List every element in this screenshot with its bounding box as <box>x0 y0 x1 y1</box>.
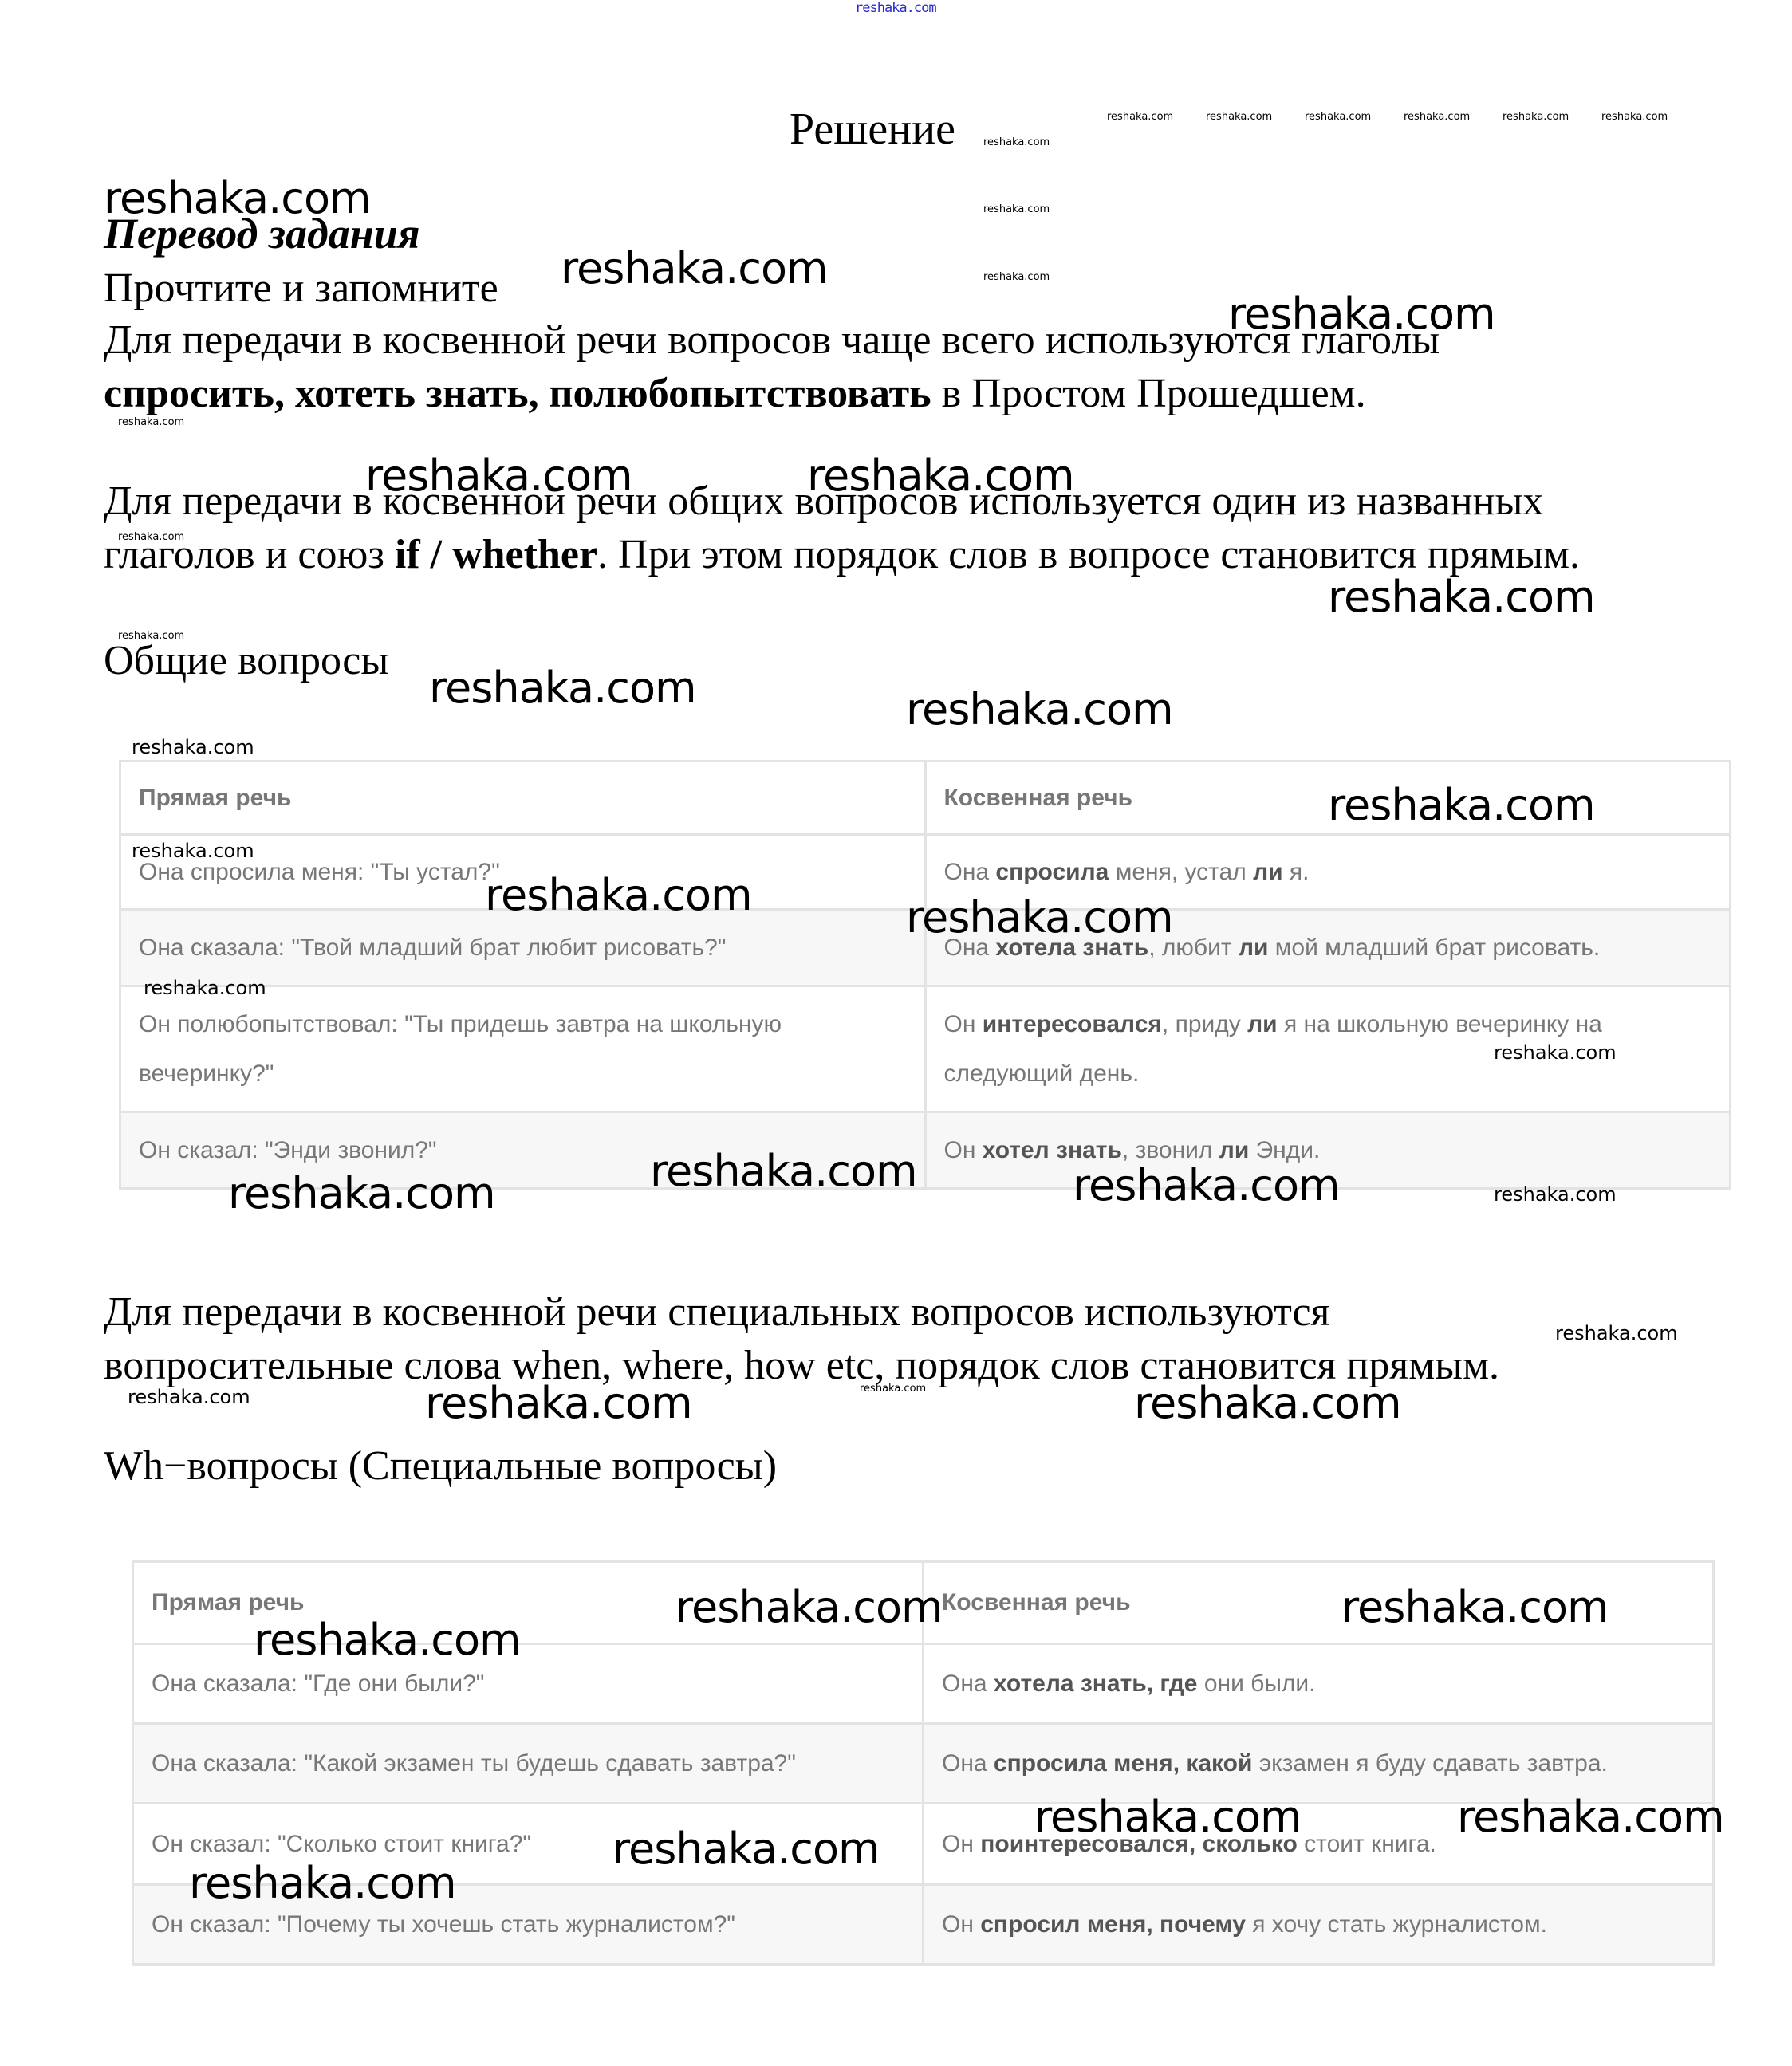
cell-direct-speech: Он полюбопытствовал: "Ты придешь завтра … <box>120 986 926 1112</box>
general-questions-heading: Общие вопросы <box>104 634 1659 687</box>
page-title: Решение <box>790 104 955 155</box>
watermark-text: reshaka.com <box>365 455 632 498</box>
emphasis-text: ли <box>1219 1137 1250 1163</box>
watermark-text: reshaka.com <box>144 978 266 998</box>
emphasis-text: ли <box>1247 1011 1278 1037</box>
paragraph-special: Для передачи в косвенной речи специальны… <box>104 1285 1539 1392</box>
plain-text: Он <box>942 1831 980 1857</box>
emphasis-text: хотела знать, где <box>994 1671 1198 1697</box>
site-mark[interactable]: reshaka.com <box>855 2 936 15</box>
watermark-text: reshaka.com <box>1328 784 1595 827</box>
watermark-text: reshaka.com <box>1228 293 1495 336</box>
watermark-text: reshaka.com <box>1034 1796 1302 1839</box>
emphasis-text: ли <box>1253 859 1283 885</box>
watermark-text: reshaka.com <box>1073 1164 1340 1207</box>
cell-direct-speech: Она сказала: "Какой экзамен ты будешь сд… <box>133 1724 924 1804</box>
watermark-text: reshaka.com <box>104 177 371 220</box>
watermark-text: reshaka.com <box>1107 112 1173 122</box>
cell-direct-speech: Она сказала: "Где они были?" <box>133 1644 924 1724</box>
watermark-text: reshaka.com <box>612 1828 880 1871</box>
watermark-text: reshaka.com <box>983 204 1050 214</box>
watermark-text: reshaka.com <box>228 1172 495 1215</box>
plain-text: , приду <box>1162 1011 1247 1037</box>
watermark-text: reshaka.com <box>132 841 254 860</box>
emphasis-text: интересовался <box>983 1011 1162 1037</box>
plain-text: Энди. <box>1249 1137 1320 1163</box>
watermark-text: reshaka.com <box>1305 112 1371 122</box>
watermark-text: reshaka.com <box>906 896 1173 939</box>
watermark-text: reshaka.com <box>983 272 1050 282</box>
watermark-text: reshaka.com <box>254 1619 521 1662</box>
paragraph-bold: if / whether <box>395 532 597 577</box>
plain-text: Она <box>942 1750 994 1777</box>
table-row: Он полюбопытствовал: "Ты придешь завтра … <box>120 986 1731 1112</box>
wh-questions-heading: Wh−вопросы (Специальные вопросы) <box>104 1439 1659 1493</box>
emphasis-text: спросил меня, почему <box>980 1911 1246 1938</box>
plain-text: экзамен я буду сдавать завтра. <box>1252 1750 1607 1777</box>
watermark-text: reshaka.com <box>1404 112 1470 122</box>
emphasis-text: ли <box>1239 935 1269 961</box>
plain-text: Она <box>942 1671 994 1697</box>
plain-text: Он <box>944 1137 983 1163</box>
emphasis-text: хотел знать <box>983 1137 1122 1163</box>
watermark-text: reshaka.com <box>118 532 184 542</box>
watermark-text: reshaka.com <box>429 667 696 710</box>
watermark-text: reshaka.com <box>906 688 1173 731</box>
plain-text: я хочу стать журналистом. <box>1246 1911 1547 1938</box>
watermark-text: reshaka.com <box>561 247 828 290</box>
watermark-text: reshaka.com <box>189 1862 456 1905</box>
watermark-text: reshaka.com <box>118 417 184 427</box>
column-header-direct: Прямая речь <box>120 761 926 835</box>
watermark-text: reshaka.com <box>1494 1043 1617 1062</box>
watermark-text: reshaka.com <box>485 874 752 917</box>
watermark-text: reshaka.com <box>1341 1586 1609 1629</box>
plain-text: мой младший брат рисовать. <box>1268 935 1600 961</box>
plain-text: Она <box>944 859 996 885</box>
plain-text: они были. <box>1198 1671 1316 1697</box>
watermark-text: reshaka.com <box>1601 112 1668 122</box>
paragraph-text: . При этом порядок слов в вопросе станов… <box>597 532 1580 577</box>
watermark-text: reshaka.com <box>425 1382 692 1425</box>
watermark-text: reshaka.com <box>1494 1185 1617 1204</box>
plain-text: Он <box>944 1011 983 1037</box>
plain-text: меня, устал <box>1109 859 1253 885</box>
watermark-text: reshaka.com <box>1206 112 1272 122</box>
plain-text: стоит книга. <box>1298 1831 1436 1857</box>
emphasis-text: спросила <box>995 859 1109 885</box>
watermark-text: reshaka.com <box>860 1383 926 1394</box>
cell-indirect-speech: Он спросил меня, почему я хочу стать жур… <box>924 1885 1714 1965</box>
paragraph-bold: спросить, хотеть знать, полюбопытствоват… <box>104 371 931 416</box>
watermark-text: reshaka.com <box>128 1387 250 1407</box>
plain-text: я. <box>1283 859 1310 885</box>
plain-text: Он <box>942 1911 980 1938</box>
watermark-text: reshaka.com <box>1555 1324 1678 1343</box>
plain-text: , звонил <box>1122 1137 1219 1163</box>
watermark-text: reshaka.com <box>1503 112 1569 122</box>
watermark-text: reshaka.com <box>1134 1382 1401 1425</box>
paragraph-text: в Простом Прошедшем. <box>931 371 1366 416</box>
watermark-text: reshaka.com <box>1328 576 1595 619</box>
cell-indirect-speech: Она хотела знать, где они были. <box>924 1644 1714 1724</box>
watermark-text: reshaka.com <box>650 1150 917 1193</box>
watermark-text: reshaka.com <box>132 738 254 757</box>
watermark-text: reshaka.com <box>983 137 1050 148</box>
watermark-text: reshaka.com <box>675 1586 943 1629</box>
emphasis-text: спросила меня, какой <box>994 1750 1253 1777</box>
cell-direct-speech: Она сказала: "Твой младший брат любит ри… <box>120 910 926 986</box>
watermark-text: reshaka.com <box>1457 1796 1724 1839</box>
watermark-text: reshaka.com <box>807 455 1074 498</box>
watermark-text: reshaka.com <box>118 631 184 641</box>
